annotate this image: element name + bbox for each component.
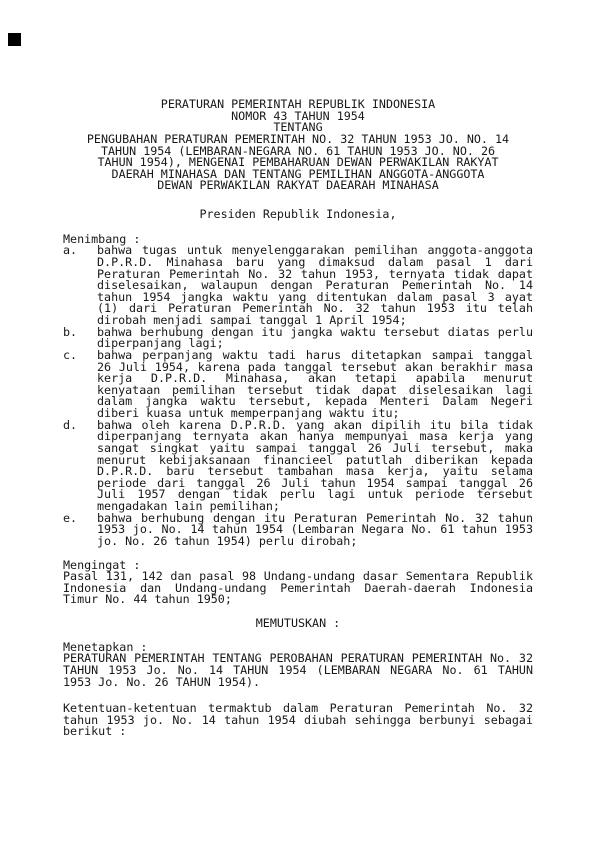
consideration-item-c: c. bahwa perpanjang waktu tadi harus dit… — [63, 350, 533, 420]
document-body: PERATURAN PEMERINTAH REPUBLIK INDONESIAN… — [63, 99, 533, 738]
text-line: 1953 Jo. No. 26 TAHUN 1954). — [63, 677, 533, 689]
text-line: Timur No. 44 tahun 1950; — [63, 594, 533, 606]
text-line: DEWAN PERWAKILAN RAKYAT DAEARAH MINAHASA — [63, 180, 533, 192]
item-text: bahwa tugas untuk menyelenggarakan pemil… — [97, 245, 533, 326]
mengingat-text: Pasal 131, 142 dan pasal 98 Undang-undan… — [63, 571, 533, 606]
document-page: PERATURAN PEMERINTAH REPUBLIK INDONESIAN… — [0, 0, 595, 842]
menetapkan-text: PERATURAN PEMERINTAH TENTANG PEROBAHAN P… — [63, 653, 533, 688]
text-line: berikut : — [63, 726, 533, 738]
black-square-mark — [8, 33, 21, 46]
doc-title: PERATURAN PEMERINTAH REPUBLIK INDONESIAN… — [63, 99, 533, 192]
consideration-item-a: a. bahwa tugas untuk menyelenggarakan pe… — [63, 245, 533, 326]
salutation: Presiden Republik Indonesia, — [63, 209, 533, 221]
consideration-item-d: d. bahwa oleh karena D.P.R.D. yang akan … — [63, 420, 533, 513]
text-line: tahun 1953 jo. No. 14 tahun 1954 diubah … — [63, 715, 533, 727]
item-letter: d. — [63, 420, 97, 513]
item-letter: a. — [63, 245, 97, 326]
consideration-item-e: e. bahwa berhubung dengan itu Peraturan … — [63, 513, 533, 548]
item-text: bahwa berhubung dengan itu Peraturan Pem… — [97, 513, 533, 548]
item-text: bahwa perpanjang waktu tadi harus diteta… — [97, 350, 533, 420]
item-letter: c. — [63, 350, 97, 420]
item-letter: b. — [63, 327, 97, 350]
item-letter: e. — [63, 513, 97, 548]
memutuskan-heading: MEMUTUSKAN : — [63, 618, 533, 630]
consideration-item-b: b. bahwa berhubung dengan itu jangka wak… — [63, 327, 533, 350]
item-text: bahwa berhubung dengan itu jangka waktu … — [97, 327, 533, 350]
text-line: jo. No. 26 tahun 1954) perlu dirobah; — [97, 536, 533, 548]
closing-paragraph: Ketentuan-ketentuan termaktub dalam Pera… — [63, 703, 533, 738]
item-text: bahwa oleh karena D.P.R.D. yang akan dip… — [97, 420, 533, 513]
